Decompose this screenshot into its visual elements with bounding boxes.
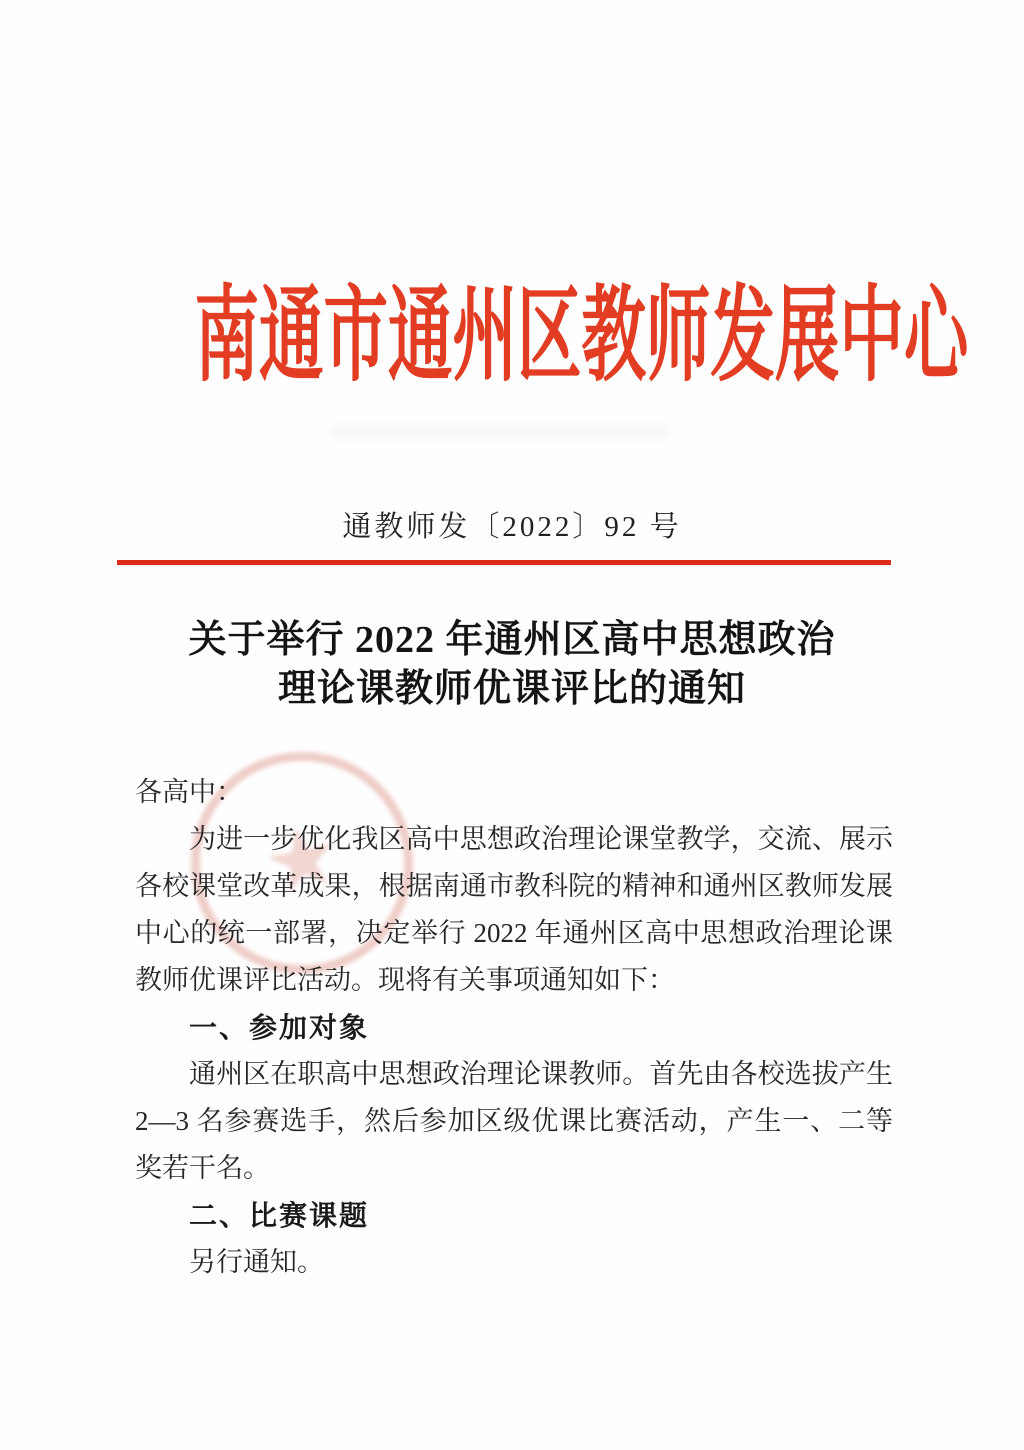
body-line: 通州区在职高中思想政治理论课教师。首先由各校选拔产生 <box>135 1051 893 1098</box>
body-line: 教师优课评比活动。现将有关事项通知如下： <box>135 957 893 1004</box>
body-line: 2—3 名参赛选手，然后参加区级优课比赛活动，产生一、二等 <box>135 1098 893 1145</box>
body-line: 奖若干名。 <box>135 1145 893 1192</box>
section-heading-2: 二、比赛课题 <box>135 1192 893 1239</box>
scanned-document-page: ★ 南通市通州区教师发展中心 通教师发〔2022〕92 号 关于举行 2022 … <box>0 0 1024 1450</box>
body-line: 为进一步优化我区高中思想政治理论课堂教学，交流、展示 <box>135 816 893 863</box>
body-line: 中心的统一部署，决定举行 2022 年通州区高中思想政治理论课 <box>135 910 893 957</box>
red-divider-line <box>117 560 891 565</box>
section-heading-1: 一、参加对象 <box>135 1004 893 1051</box>
body-line-salutation: 各高中： <box>135 769 893 816</box>
document-body: 各高中： 为进一步优化我区高中思想政治理论课堂教学，交流、展示 各校课堂改革成果… <box>135 769 893 1286</box>
scan-artifact-smudge <box>330 424 670 440</box>
document-title-line1: 关于举行 2022 年通州区高中思想政治 <box>0 616 1024 665</box>
document-title-line2: 理论课教师优课评比的通知 <box>0 665 1024 714</box>
document-number: 通教师发〔2022〕92 号 <box>0 504 1024 545</box>
body-line: 各校课堂改革成果，根据南通市教科院的精神和通州区教师发展 <box>135 863 893 910</box>
letterhead-org-name: 南通市通州区教师发展中心 <box>195 272 830 402</box>
body-line: 另行通知。 <box>135 1239 893 1286</box>
document-title: 关于举行 2022 年通州区高中思想政治 理论课教师优课评比的通知 <box>0 616 1024 714</box>
